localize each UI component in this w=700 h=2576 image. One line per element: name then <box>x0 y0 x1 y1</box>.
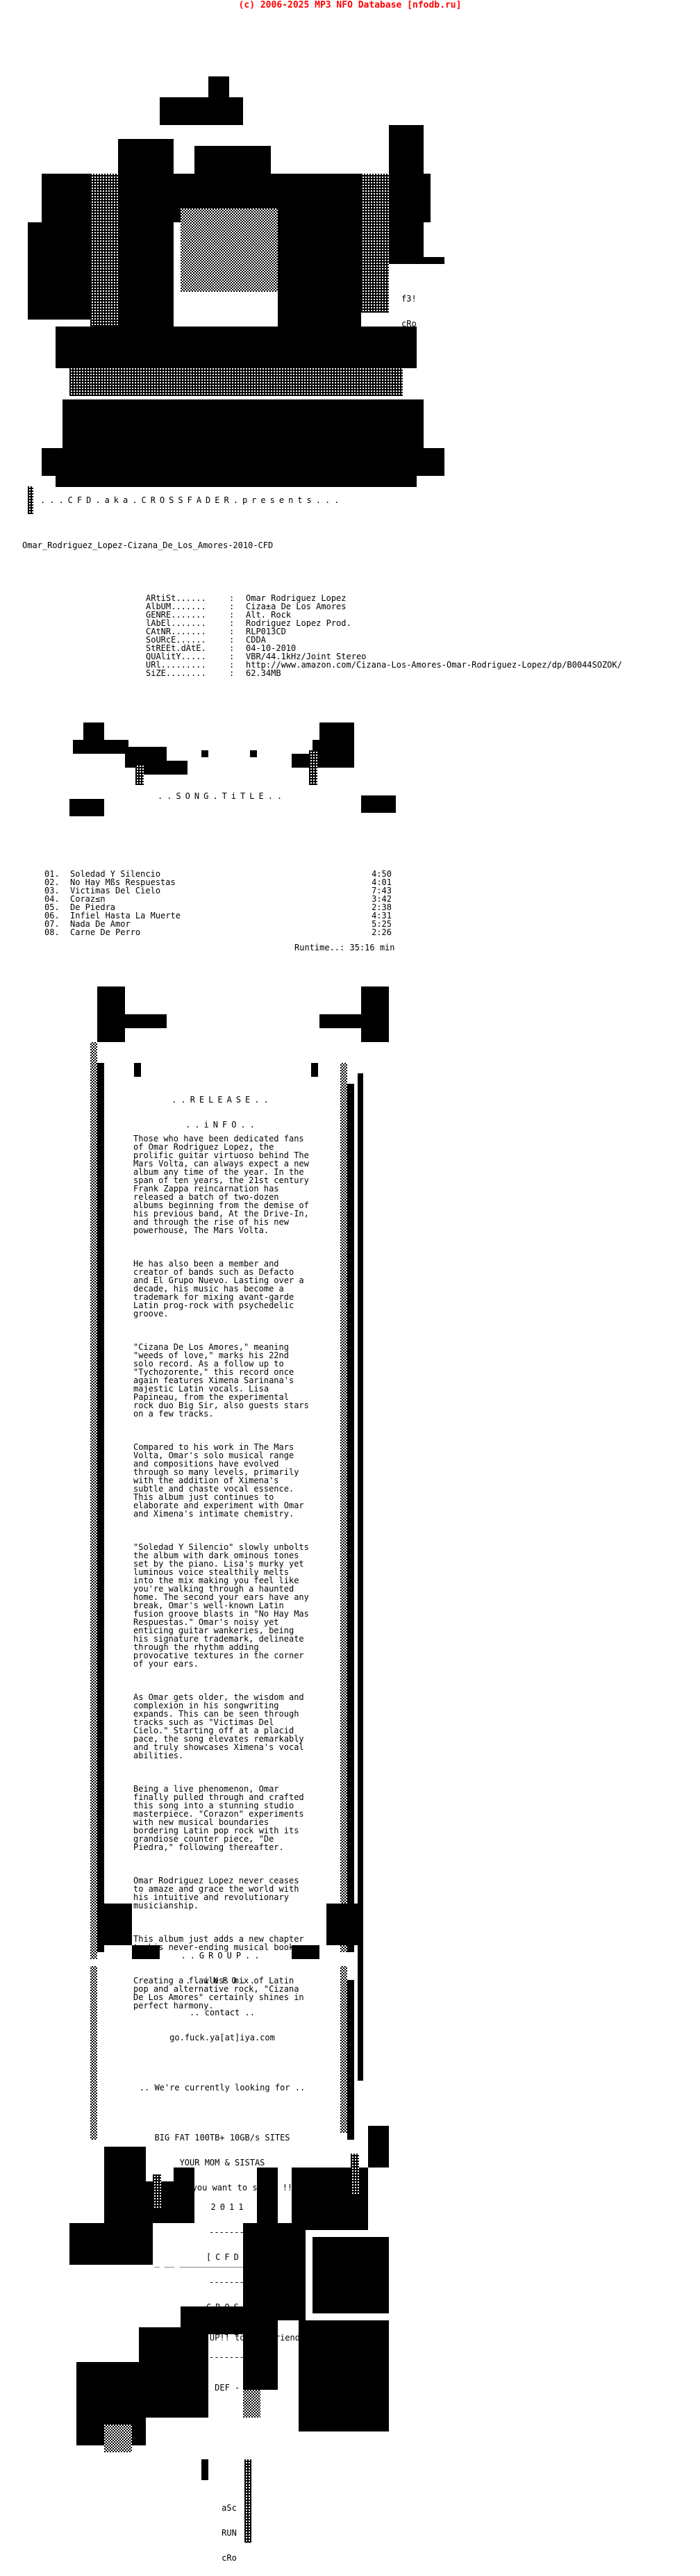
info-row-artist: ARtiSt......:Omar Rodriguez Lopez <box>146 594 622 602</box>
copyright-notice: (c) 2006-2025 MP3 NFO Database [nfodb.ru… <box>0 1 700 10</box>
paragraph: Compared to his work in The Mars Volta, … <box>133 1443 342 1518</box>
info-row-size: SiZE........:62.34MB <box>146 669 622 677</box>
tracklist: 01.Soledad Y Silencio4:50 02.No Hay Mßs … <box>44 870 392 936</box>
info-row-url: URl.........:http://www.amazon.com/Cizan… <box>146 661 622 669</box>
paragraph: Omar Rodriguez Lopez never ceases to ama… <box>133 1876 342 1910</box>
track-row: 08.Carne De Perro2:26 <box>44 928 392 936</box>
presents-line: ...CFD.aka.CROSSFADER.presents... <box>40 496 343 504</box>
paragraph: He has also been a member and creator of… <box>133 1260 342 1318</box>
header-art-signature: f3! cRo <box>401 278 417 336</box>
paragraph: Those who have been dedicated fans of Om… <box>133 1134 342 1235</box>
paragraph: "Soledad Y Silencio" slowly unbolts the … <box>133 1543 342 1668</box>
info-row-source: SoURcE......:CDDA <box>146 636 622 644</box>
amazon-url-link[interactable]: http://www.amazon.com/Cizana-Los-Amores-… <box>246 661 622 669</box>
release-name: Omar_Rodriguez_Lopez-Cizana_De_Los_Amore… <box>22 541 273 550</box>
runtime: Runtime..: 35:16 min <box>294 943 395 952</box>
info-row-album: AlbUM.......:Ciza±a De Los Amores <box>146 602 622 611</box>
song-title-heading: ..SONG.TiTLE.. <box>158 792 286 800</box>
info-row-catnr: CAtNR.......:RLP013CD <box>146 627 622 636</box>
paragraph: "Cizana De Los Amores," meaning "weeds o… <box>133 1343 342 1418</box>
info-row-label: lAbEl.......:Rodriguez Lopez Prod. <box>146 619 622 627</box>
release-info-table: ARtiSt......:Omar Rodriguez Lopez AlbUM.… <box>146 594 622 677</box>
info-row-genre: GENRE.......:Alt. Rock <box>146 611 622 619</box>
paragraph: Being a live phenomenon, Omar finally pu… <box>133 1785 342 1851</box>
contact-email[interactable]: go.fuck.ya[at]iya.com <box>104 2033 340 2042</box>
release-description: Those who have been dedicated fans of Om… <box>133 1118 342 2018</box>
footer-signature: aSc RUN cRo <box>215 2487 243 2570</box>
group-info-heading: ..GROUP.. ..iNFO.. <box>104 1935 340 1993</box>
info-row-street-date: StREEt.dAtE.:04-10-2010 <box>146 644 622 652</box>
footer-tag: 2011 -------- [CFD] -------- CROSS FADER… <box>201 2186 257 2370</box>
paragraph: As Omar gets older, the wisdom and compl… <box>133 1693 342 1760</box>
